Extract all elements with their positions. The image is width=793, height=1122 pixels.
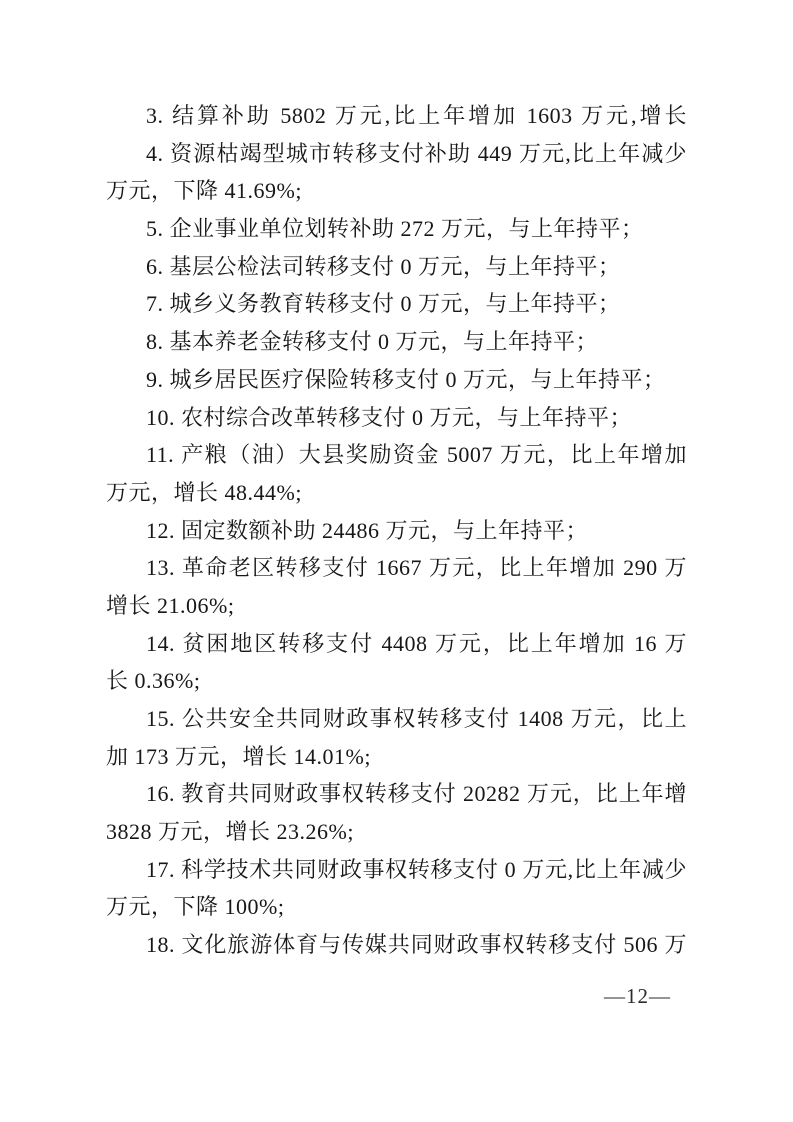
paragraph-line-item-4: 万元，下降 41.69%;	[106, 172, 687, 210]
paragraph-line-item-17: 17. 科学技术共同财政事权转移支付 0 万元,比上年减少 40	[106, 851, 687, 889]
paragraph-line-item-13: 13. 革命老区转移支付 1667 万元，比上年增加 290 万元，	[106, 549, 687, 587]
paragraph-line-item-14: 14. 贫困地区转移支付 4408 万元，比上年增加 16 万元，增	[106, 625, 687, 663]
paragraph-line-item-11: 11. 产粮（油）大县奖励资金 5007 万元，比上年增加 1634	[106, 436, 687, 474]
paragraph-line-item-17: 万元，下降 100%;	[106, 888, 687, 926]
paragraph-line-item-16: 3828 万元，增长 23.26%;	[106, 813, 687, 851]
paragraph-line-item-11: 万元，增长 48.44%;	[106, 474, 687, 512]
paragraph-line-item-10: 10. 农村综合改革转移支付 0 万元，与上年持平；	[106, 399, 687, 437]
paragraph-line-item-5: 5. 企业事业单位划转补助 272 万元，与上年持平；	[106, 210, 687, 248]
paragraph-line-item-15: 加 173 万元，增长 14.01%;	[106, 738, 687, 776]
paragraph-line-item-8: 8. 基本养老金转移支付 0 万元，与上年持平；	[106, 323, 687, 361]
paragraph-line-item-9: 9. 城乡居民医疗保险转移支付 0 万元，与上年持平；	[106, 361, 687, 399]
paragraph-line-item-3: 3. 结算补助 5802 万元,比上年增加 1603 万元,增长 38.18%;	[106, 97, 687, 135]
document-page: 3. 结算补助 5802 万元,比上年增加 1603 万元,增长 38.18%;…	[0, 0, 793, 1122]
paragraph-line-item-4: 4. 资源枯竭型城市转移支付补助 449 万元,比上年减少 321	[106, 135, 687, 173]
page-number: —12—	[604, 984, 671, 1009]
paragraph-line-item-7: 7. 城乡义务教育转移支付 0 万元，与上年持平；	[106, 285, 687, 323]
paragraph-line-item-16: 16. 教育共同财政事权转移支付 20282 万元，比上年增加	[106, 775, 687, 813]
paragraph-line-item-6: 6. 基层公检法司转移支付 0 万元，与上年持平；	[106, 248, 687, 286]
paragraph-line-item-14: 长 0.36%;	[106, 662, 687, 700]
paragraph-line-item-18: 18. 文化旅游体育与传媒共同财政事权转移支付 506 万元，	[106, 926, 687, 964]
document-body: 3. 结算补助 5802 万元,比上年增加 1603 万元,增长 38.18%;…	[106, 97, 687, 964]
paragraph-line-item-13: 增长 21.06%;	[106, 587, 687, 625]
paragraph-line-item-15: 15. 公共安全共同财政事权转移支付 1408 万元，比上年增	[106, 700, 687, 738]
paragraph-line-item-12: 12. 固定数额补助 24486 万元，与上年持平；	[106, 512, 687, 550]
